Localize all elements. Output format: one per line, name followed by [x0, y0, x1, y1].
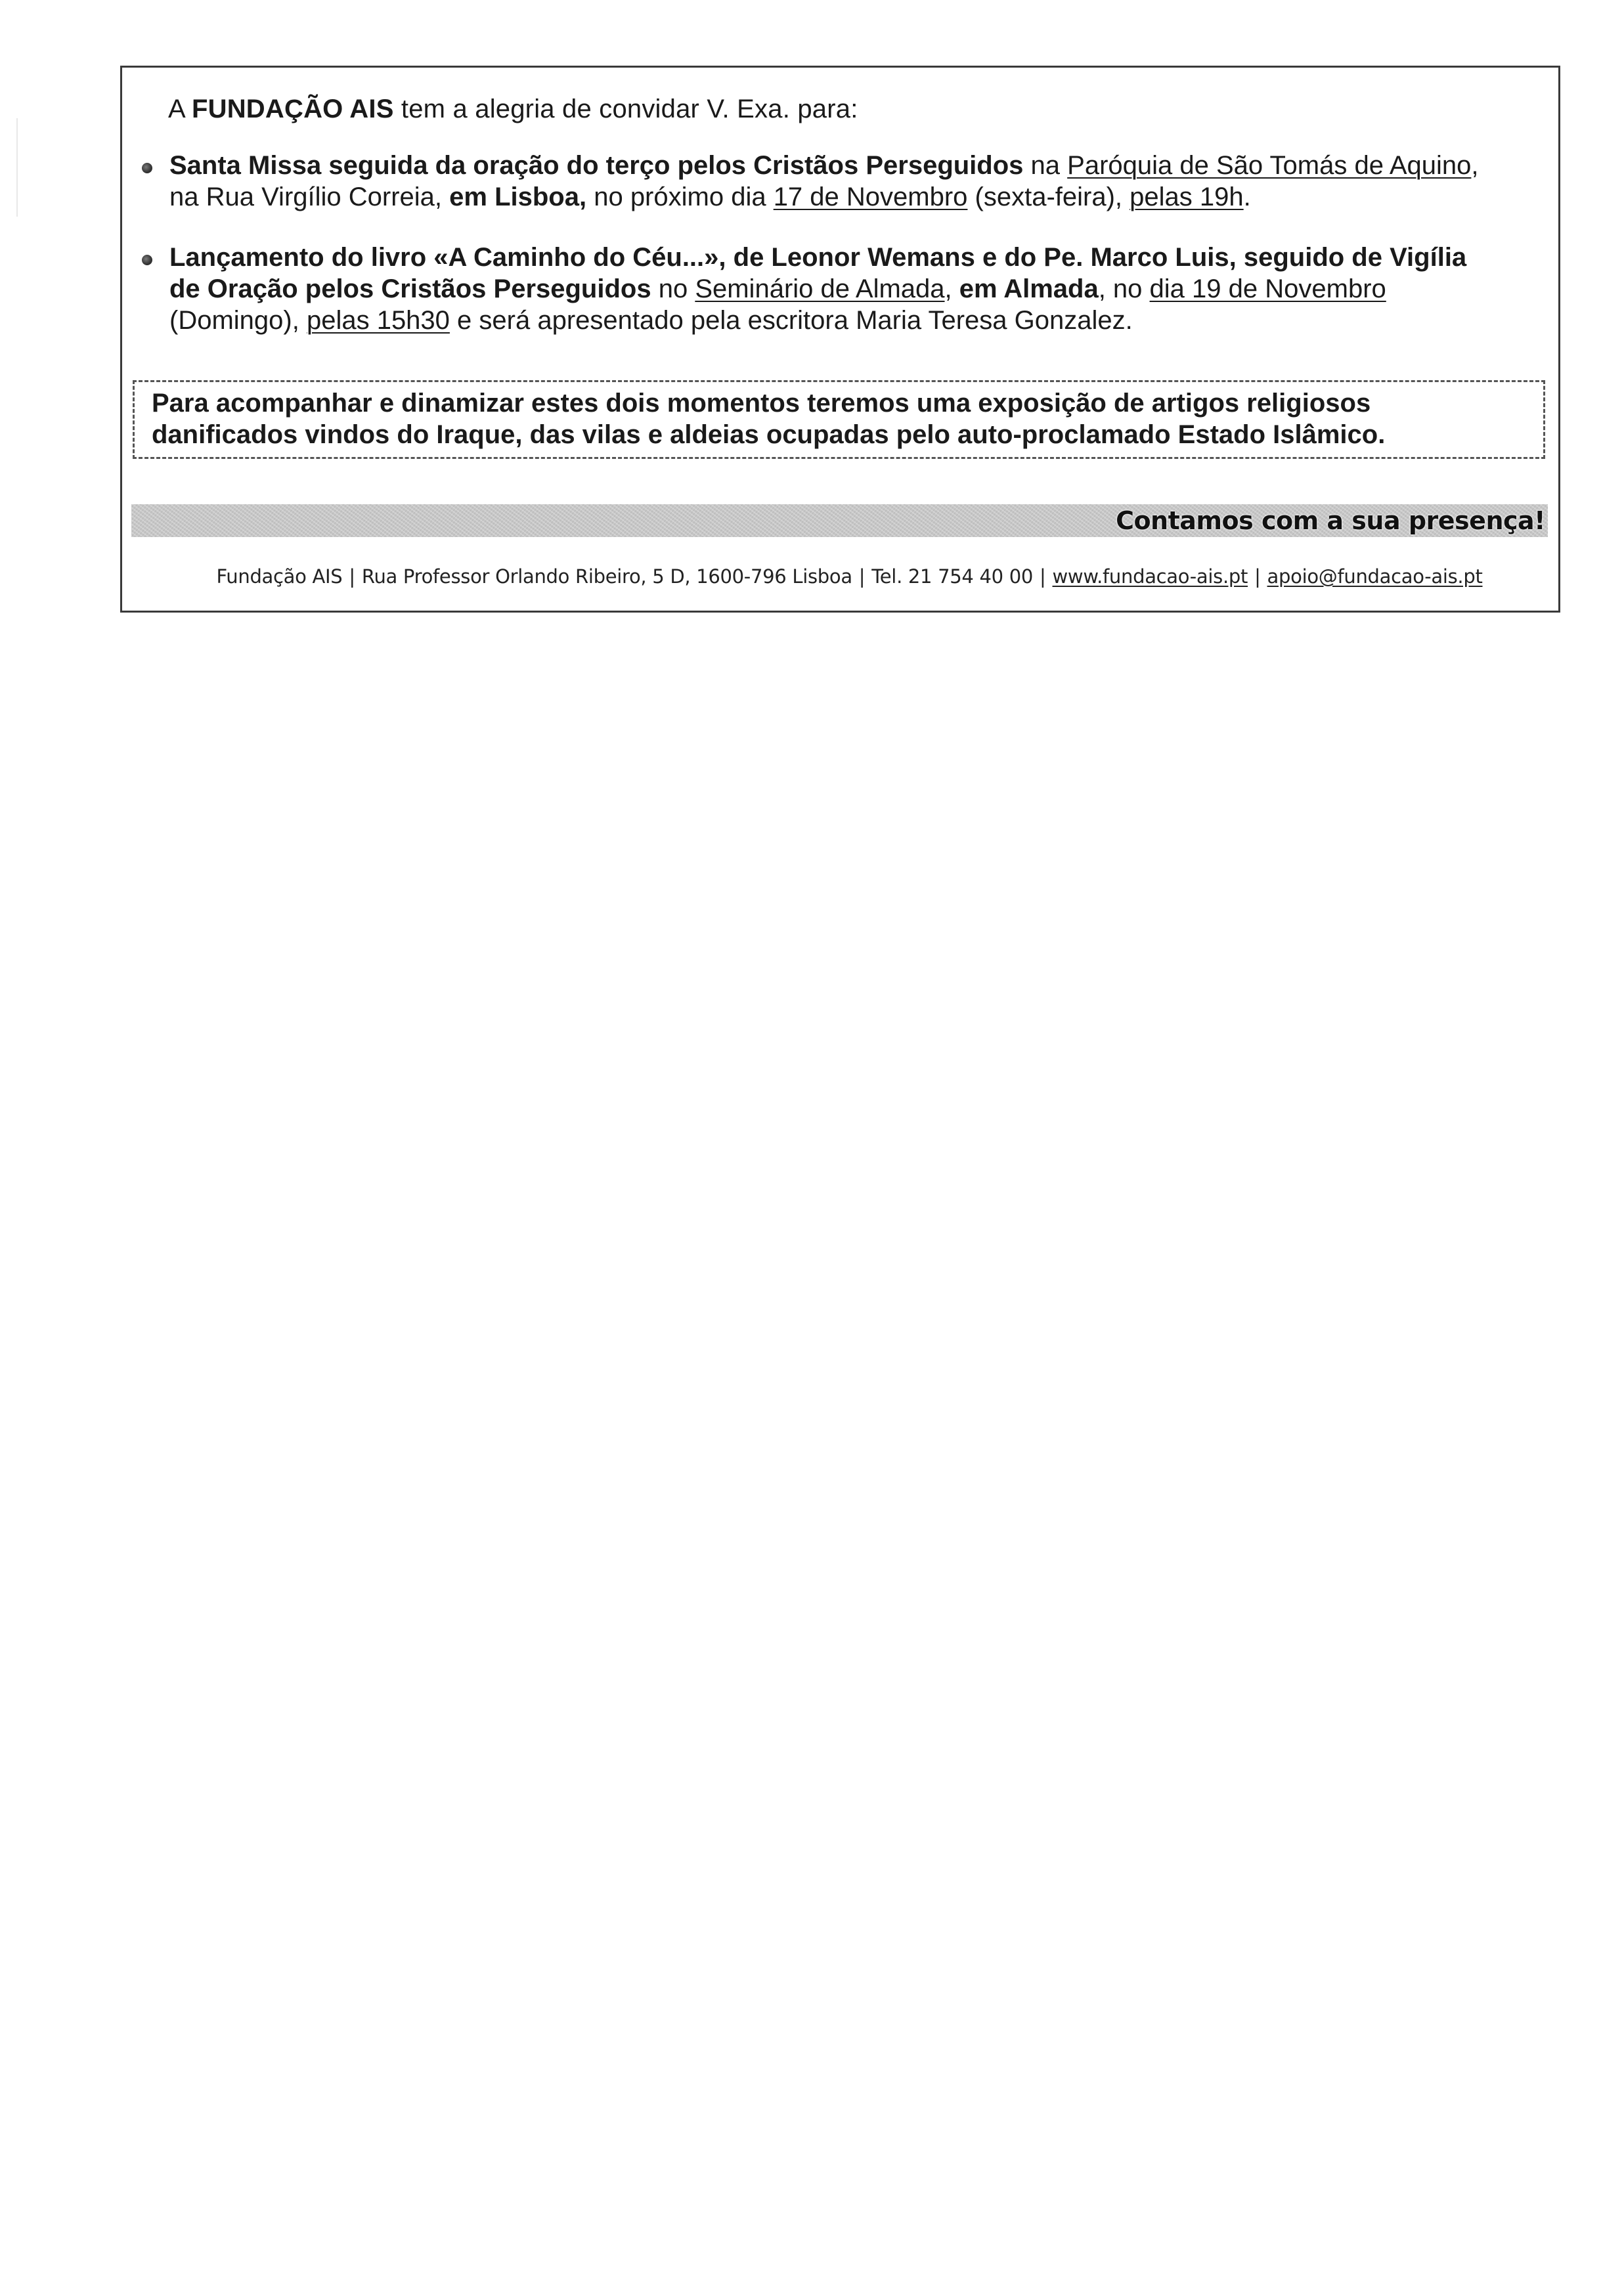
- text-fragment: no próximo dia: [586, 183, 774, 211]
- event-city: em Lisboa,: [449, 183, 586, 211]
- event-city: em Almada: [959, 274, 1099, 303]
- bullet-icon: [142, 255, 152, 265]
- invitation-box: A FUNDAÇÃO AIS tem a alegria de convidar…: [120, 66, 1560, 613]
- event-date: dia 19 de Novembro: [1150, 274, 1386, 303]
- event-venue: Paróquia de São Tomás de Aquino: [1067, 151, 1471, 180]
- footer-address: Rua Professor Orlando Ribeiro, 5 D, 1600…: [362, 565, 852, 588]
- contact-footer: Fundação AIS|Rua Professor Orlando Ribei…: [122, 563, 1558, 590]
- text-fragment: ,: [945, 274, 959, 303]
- text-fragment: ,: [1471, 151, 1478, 180]
- organization-name: FUNDAÇÃO AIS: [192, 95, 394, 123]
- text-fragment: , no: [1099, 274, 1150, 303]
- text-fragment: na: [1023, 151, 1067, 180]
- separator: |: [349, 565, 355, 588]
- event-line: (Domingo), pelas 15h30 e será apresentad…: [169, 305, 1543, 336]
- intro-text: tem a alegria de convidar V. Exa. para:: [394, 95, 858, 123]
- separator: |: [1040, 565, 1045, 588]
- website-link[interactable]: www.fundacao-ais.pt: [1053, 565, 1248, 588]
- closing-message: Contamos com a sua presença!: [1116, 506, 1545, 536]
- closing-banner: Contamos com a sua presença!: [131, 504, 1548, 537]
- text-fragment: no: [651, 274, 695, 303]
- event-title-cont: de Oração pelos Cristãos Perseguidos: [169, 274, 651, 303]
- text-fragment: .: [1244, 183, 1251, 211]
- scan-artifact: [16, 118, 18, 217]
- event-time: pelas 15h30: [307, 306, 450, 335]
- event-time: pelas 19h: [1130, 183, 1243, 211]
- intro-line: A FUNDAÇÃO AIS tem a alegria de convidar…: [168, 93, 858, 125]
- separator: |: [859, 565, 865, 588]
- intro-prefix: A: [168, 95, 192, 123]
- event-line: Santa Missa seguida da oração do terço p…: [169, 150, 1543, 181]
- separator: |: [1254, 565, 1260, 588]
- event-weekday: (sexta-feira),: [967, 183, 1130, 211]
- email-link[interactable]: apoio@fundacao-ais.pt: [1267, 565, 1483, 588]
- event-line: de Oração pelos Cristãos Perseguidos no …: [169, 273, 1543, 305]
- event-venue: Seminário de Almada: [695, 274, 944, 303]
- notice-line-1: Para acompanhar e dinamizar estes dois m…: [152, 387, 1543, 419]
- event-line: na Rua Virgílio Correia, em Lisboa, no p…: [169, 181, 1543, 213]
- event-street: na Rua Virgílio Correia,: [169, 183, 449, 211]
- event-item-mass: Santa Missa seguida da oração do terço p…: [142, 150, 1543, 213]
- footer-org: Fundação AIS: [216, 565, 342, 588]
- bullet-icon: [142, 163, 152, 173]
- event-weekday: (Domingo),: [169, 306, 307, 335]
- event-presenter: e será apresentado pela escritora Maria …: [450, 306, 1133, 335]
- event-title: Lançamento do livro «A Caminho do Céu...…: [169, 242, 1543, 273]
- event-date: 17 de Novembro: [774, 183, 968, 211]
- exhibition-notice: Para acompanhar e dinamizar estes dois m…: [133, 380, 1545, 459]
- event-item-book-launch: Lançamento do livro «A Caminho do Céu...…: [142, 242, 1543, 336]
- event-title: Santa Missa seguida da oração do terço p…: [169, 151, 1023, 180]
- footer-phone: Tel. 21 754 40 00: [871, 565, 1033, 588]
- notice-line-2: danificados vindos do Iraque, das vilas …: [152, 419, 1543, 450]
